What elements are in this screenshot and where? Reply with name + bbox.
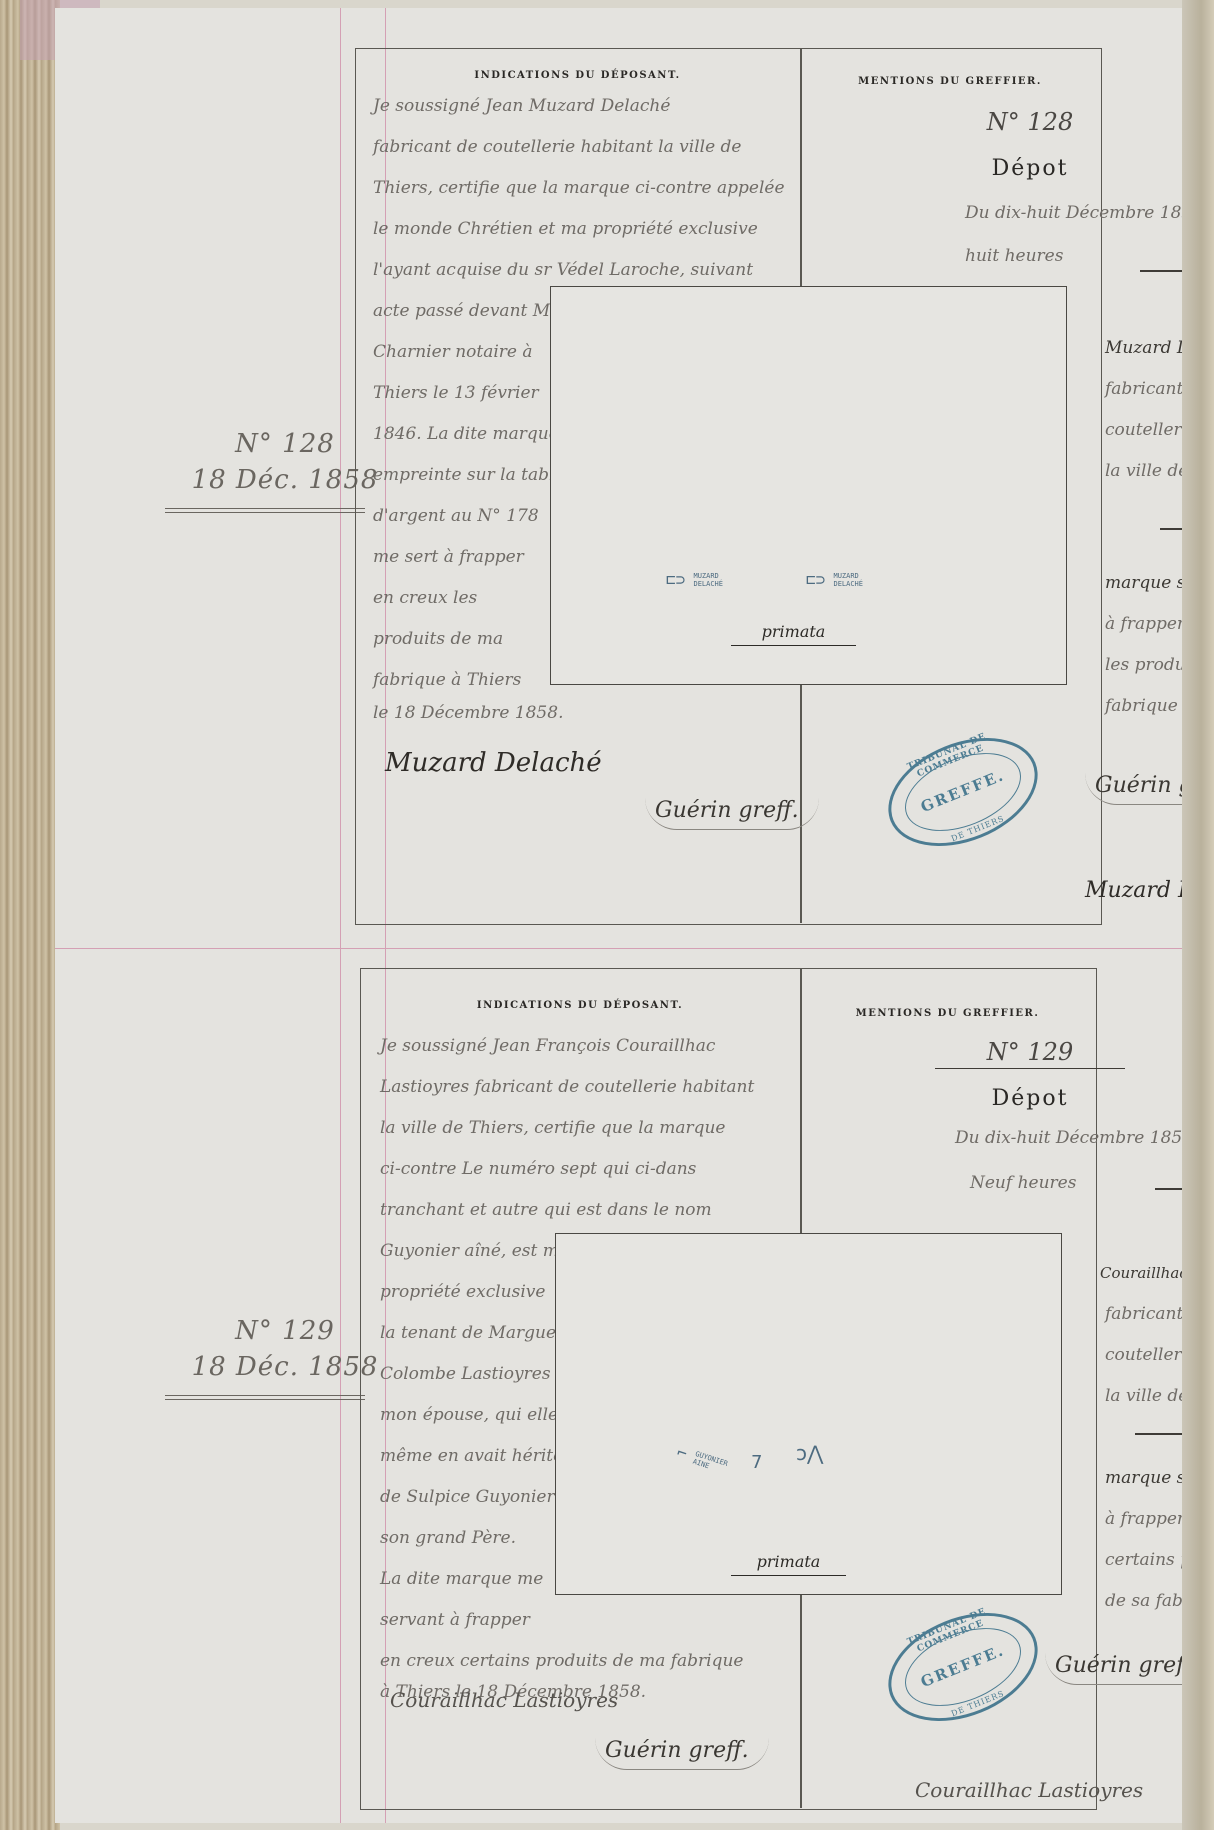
declaration-line: tranchant et autre qui est dans le nom — [380, 1190, 712, 1231]
declaration-line: Thiers, certifie que la marque ci-contre… — [373, 168, 785, 209]
deposit-date: Du dix-huit Décembre 1858 — [965, 193, 1203, 234]
deposit-time: Neuf heures — [970, 1163, 1076, 1204]
depositor-signature: Couraillhac Lastioyres — [390, 1688, 618, 1712]
mark-symbol-icon: ɔ⋀ — [796, 1449, 823, 1457]
depositor-signature: Muzard Delaché — [385, 748, 602, 778]
declaration-line: ci-contre Le numéro sept qui ci-dans — [380, 1149, 696, 1190]
book-page-edges — [0, 0, 60, 1830]
declaration-line: 1846. La dite marque — [373, 414, 559, 455]
declaration-line: le 18 Décembre 1858. — [373, 693, 563, 734]
declaration-line: Je soussigné Jean Muzard Delaché — [373, 86, 670, 127]
greffier-entry-number: N° 128 — [935, 108, 1125, 136]
declaration-line: Thiers le 13 février — [373, 373, 539, 414]
declaration-line: Guyonier aîné, est ma — [380, 1231, 569, 1272]
deposit-time: huit heures — [965, 236, 1063, 277]
declaration-line: de Sulpice Guyonier — [380, 1477, 555, 1518]
declaration-line: l'ayant acquise du sr Védel Laroche, sui… — [373, 250, 753, 291]
book-spine-right — [1182, 0, 1214, 1830]
margin-rule-vertical — [340, 8, 341, 1823]
mark-label-line: MUZARD — [833, 572, 858, 580]
declaration-line: propriété exclusive — [380, 1272, 545, 1313]
depot-label: Dépot — [935, 156, 1125, 181]
mark-imprint: ⌐ GUYONIER AINE — [675, 1444, 729, 1475]
trademark-glyph-icon: ⊏⊃ — [666, 570, 685, 589]
trademark-glyph-icon: ⌐ — [674, 1443, 689, 1464]
mark-caption: primata — [731, 1552, 846, 1576]
mark-imprint-box: ⌐ GUYONIER AINE 7 ɔ⋀ primata — [555, 1233, 1062, 1595]
column-divider-bottom — [800, 1593, 802, 1808]
depositor-column-header: INDICATIONS DU DÉPOSANT. — [360, 1000, 800, 1011]
declaration-line: Colombe Lastioyres — [380, 1354, 551, 1395]
declaration-line: Je soussigné Jean François Couraillhac — [380, 1026, 715, 1067]
declaration-line: Lastioyres fabricant de coutellerie habi… — [380, 1067, 754, 1108]
trademark-glyph-icon: ⊏⊃ — [806, 570, 825, 589]
mark-number-seven: 7 — [751, 1459, 762, 1467]
declaration-line: le monde Chrétien et ma propriété exclus… — [373, 209, 758, 250]
mark-imprint: ⊏⊃ MUZARD DELACHÉ — [666, 572, 723, 588]
declaration-line: Charnier notaire à — [373, 332, 533, 373]
declaration-line: son grand Père. — [380, 1518, 516, 1559]
greffier-entry-number: N° 129 — [935, 1038, 1125, 1069]
mark-label-line: MUZARD — [693, 572, 718, 580]
usage-line: fabrique . — [1105, 686, 1189, 727]
clerk-column-header: MENTIONS DU GREFFIER. — [800, 1008, 1095, 1019]
mark-imprint-box: ⊏⊃ MUZARD DELACHÉ ⊏⊃ MUZARD DELACHÉ prim… — [550, 286, 1067, 685]
clerk-column-header: MENTIONS DU GREFFIER. — [800, 76, 1100, 87]
declaration-line: en creux les — [373, 578, 477, 619]
depositor-column-header: INDICATIONS DU DÉPOSANT. — [355, 70, 800, 81]
declaration-line: la ville de Thiers, certifie que la marq… — [380, 1108, 725, 1149]
margin-rule-horizontal — [55, 948, 1185, 949]
mark-label-line: DELACHÉ — [693, 580, 723, 588]
declaration-line: empreinte sur la table — [373, 455, 564, 496]
deposit-date: Du dix-huit Décembre 1858. — [955, 1118, 1198, 1159]
mark-label-line: DELACHÉ — [833, 580, 863, 588]
declaration-line: fabricant de coutellerie habitant la vil… — [373, 127, 741, 168]
depot-label: Dépot — [935, 1086, 1125, 1111]
declaration-line: mon épouse, qui elle — [380, 1395, 558, 1436]
mark-caption: primata — [731, 622, 856, 646]
double-underline — [165, 508, 365, 513]
greffier-depositor-signature: Couraillhac Lastioyres — [915, 1778, 1143, 1802]
register-page: N° 128 18 Déc. 1858 INDICATIONS DU DÉPOS… — [55, 8, 1185, 1823]
declaration-line: même en avait hérité — [380, 1436, 563, 1477]
declaration-line: acte passé devant Me — [373, 291, 560, 332]
declaration-line: La dite marque me — [380, 1559, 543, 1600]
declaration-line: produits de ma — [373, 619, 503, 660]
double-underline — [165, 1395, 365, 1400]
clerk-signature: Guérin greff. — [645, 798, 819, 830]
clerk-signature: Guérin greff. — [595, 1738, 769, 1770]
declaration-line: servant à frapper — [380, 1600, 530, 1641]
mark-imprint-repeat: ⊏⊃ MUZARD DELACHÉ — [806, 572, 863, 588]
declaration-line: d'argent au N° 178 — [373, 496, 539, 537]
declaration-line: me sert à frapper — [373, 537, 524, 578]
